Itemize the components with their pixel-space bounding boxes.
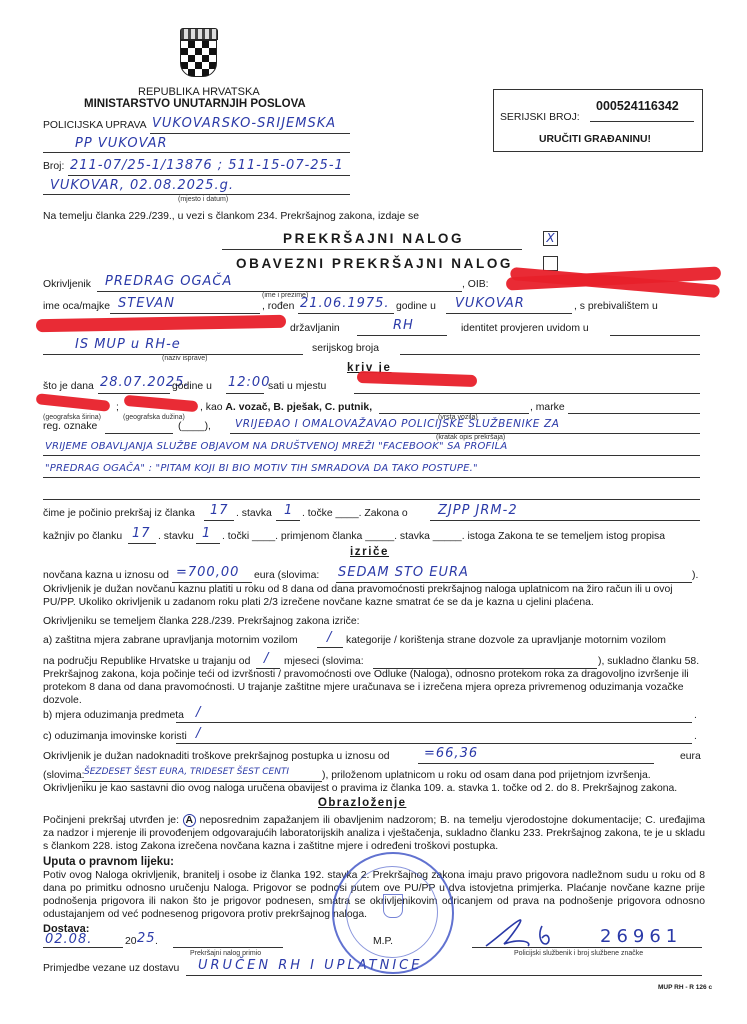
role-label: , kao A. vozač, B. pješak, C. putnik, <box>200 402 372 413</box>
offence-place-label: sati u mjestu <box>268 381 326 392</box>
serial-label: SERIJSKI BROJ: <box>500 112 580 123</box>
delivery-year-prefix: 20 <box>125 936 137 947</box>
legal-basis-intro: Na temelju članka 229./239., u vezi s čl… <box>43 211 419 222</box>
measure-b-label: b) mjera oduzimanja predmeta <box>43 710 184 721</box>
year-period: . <box>155 936 158 947</box>
order-type-prekrsajni-nalog: PREKRŠAJNI NALOG <box>283 231 464 246</box>
citizenship-value: RH <box>393 318 414 333</box>
reasoning-pre: Počinjeni prekršaj utvrđen je: <box>43 815 179 826</box>
official-stamp <box>332 852 454 974</box>
costs-words-rest: ), priloženom uplatnicom u roku od osam … <box>322 770 651 781</box>
payment-terms: Okrivljenik je dužan novčanu kaznu plati… <box>43 583 703 609</box>
serial-number-box: SERIJSKI BROJ: 000524116342 URUČITI GRAĐ… <box>493 89 703 152</box>
residence-label: , s prebivalištem u <box>574 301 658 312</box>
remarks-label: Primjedbe vezane uz dostavu <box>43 963 179 974</box>
longitude-redaction <box>124 395 199 412</box>
place-redaction <box>357 371 477 387</box>
latitude-redaction <box>36 393 111 412</box>
fine-currency-label: eura (slovima: <box>254 570 319 581</box>
longitude-caption: (geografska dužina) <box>123 414 185 421</box>
latitude-caption: (geografska širina) <box>43 414 101 421</box>
punish-paragraph: 1 <box>202 526 211 541</box>
case-number: 211-07/25-1/13876 ; 511-15-07-25-1 <box>70 158 344 173</box>
residence-redaction <box>36 315 286 332</box>
punish-rest: . točki ____. primjenom članka _____. st… <box>222 531 665 542</box>
reg-paren: (____), <box>178 421 211 432</box>
id-check-label: identitet provjeren uvidom u <box>461 323 589 334</box>
parent-label: ime oca/majke <box>43 301 110 312</box>
police-admin-value: VUKOVARSKO-SRIJEMSKA <box>152 116 336 131</box>
id-document: IS MUP u RH-e <box>75 337 181 352</box>
fine-label: novčana kazna u iznosu od <box>43 570 169 581</box>
costs-words: ŠEZDESET ŠEST EURA, TRIDESET ŠEST CENTI <box>84 767 289 777</box>
sentence-heading: izriče <box>350 546 389 558</box>
officer-signature <box>480 916 590 950</box>
fine-words: SEDAM STO EURA <box>338 565 469 580</box>
point-label: . točke ____. Zakona o <box>302 508 408 519</box>
offence-date-label: što je dana <box>43 381 94 392</box>
deliver-to-citizen-note: URUČITI GRAĐANINU! <box>539 134 651 145</box>
punish-label: kažnjiv po članku <box>43 531 122 542</box>
measure-a-rest: kategorije / korištenja strane dozvole z… <box>346 635 666 646</box>
measure-a-line2-mid: mjeseci (slovima: <box>284 656 364 667</box>
costs-amount: =66,36 <box>424 746 478 761</box>
costs-currency: eura <box>680 751 701 762</box>
measure-a-label: a) zaštitna mjera zabrane upravljanja mo… <box>43 635 298 646</box>
measure-c-period: . <box>694 731 697 742</box>
station-value: PP VUKOVAR <box>75 136 168 151</box>
make-label: , marke <box>530 402 565 413</box>
delivery-year: 25 <box>137 931 156 946</box>
broj-label: Broj: <box>43 161 64 172</box>
committed-label: čime je počinio prekršaj iz članka <box>43 508 195 519</box>
offence-description-line-1: VRIJEĐAO I OMALOVAŽAVAO POLICIJSKE SLUŽB… <box>235 418 560 430</box>
place-date-caption: (mjesto i datum) <box>178 196 228 203</box>
officer-caption: Policijski službenik i broj službene zna… <box>514 950 643 957</box>
measure-c-value: / <box>196 726 201 741</box>
received-caption: Prekršajni nalog primio <box>190 950 261 957</box>
description-caption: (kratak opis prekršaja) <box>436 434 505 441</box>
basis-a-selected: A <box>183 814 196 827</box>
born-label: , rođen <box>262 301 294 312</box>
measure-b-value: / <box>196 705 201 720</box>
document-caption: (naziv isprave) <box>162 355 208 362</box>
fine-close: ). <box>692 570 698 581</box>
parent-name: STEVAN <box>118 296 175 311</box>
delivery-date: 02.08. <box>45 932 92 947</box>
ministry-name: MINISTARSTVO UNUTARNJIH POSLOVA <box>84 98 306 110</box>
paragraph-number: 1 <box>284 503 293 518</box>
law-name: ZJPP JRM-2 <box>438 503 518 518</box>
defendant-label: Okrivljenik <box>43 279 91 290</box>
country-name: REPUBLIKA HRVATSKA <box>138 86 258 98</box>
fine-amount: =700,00 <box>176 565 239 580</box>
checkbox-obavezni-nalog[interactable] <box>543 256 558 271</box>
birth-date: 21.06.1975. <box>300 296 390 311</box>
coord-separator: ; <box>116 402 119 413</box>
offence-description-line-3: "PREDRAG OGAČA" : "PITAM KOJI BI BIO MOT… <box>45 463 478 474</box>
measure-a-line2-end: ), sukladno članku 58. <box>598 656 699 667</box>
offence-time-label: godine u <box>172 381 212 392</box>
remedy-heading: Uputa o pravnom lijeku: <box>43 856 174 868</box>
punish-para-label: . stavku <box>158 531 194 542</box>
measure-a-text: Prekršajnog zakona, koja počinje teći od… <box>43 668 703 707</box>
measure-a-line2-pre: na području Republike Hrvatske u trajanj… <box>43 656 250 667</box>
offence-time: 12:00 <box>228 375 270 390</box>
para-label: . stavka <box>236 508 272 519</box>
measure-a-category: / <box>327 630 332 645</box>
checkbox-prekrsajni-nalog[interactable]: X <box>543 231 558 246</box>
place-date-value: VUKOVAR, 02.08.2025.g. <box>50 178 234 193</box>
oib-label: , OIB: <box>462 279 489 290</box>
costs-words-label: (slovima: <box>43 770 85 781</box>
birth-place: VUKOVAR <box>455 296 525 311</box>
serial-number: 000524116342 <box>596 99 679 113</box>
rights-notice: Okrivljeniku je kao sastavni dio ovog na… <box>43 783 677 794</box>
defendant-name: PREDRAG OGAČA <box>105 274 232 289</box>
serial-no-label: serijskog broja <box>312 343 379 354</box>
croatian-coat-of-arms-icon <box>178 28 218 84</box>
born-place-label: godine u <box>396 301 436 312</box>
form-code: MUP RH - R 126 c <box>658 984 712 991</box>
measure-b-period: . <box>694 710 697 721</box>
measure-c-label: c) oduzimanja imovinske koristi <box>43 731 187 742</box>
order-type-obavezni: OBAVEZNI PREKRŠAJNI NALOG <box>236 256 513 271</box>
reasoning-text: Počinjeni prekršaj utvrđen je: A neposre… <box>43 814 705 853</box>
reasoning-heading: Obrazloženje <box>318 797 406 809</box>
officer-badge-number: 26961 <box>600 926 682 947</box>
citizen-label: državljanin <box>290 323 340 334</box>
punish-article: 17 <box>132 526 151 541</box>
offence-description-line-2: VRIJEME OBAVLJANJA SLUŽBE OBJAVOM NA DRU… <box>45 441 507 452</box>
article-number: 17 <box>210 503 229 518</box>
measures-intro: Okrivljeniku se temeljem članka 228./239… <box>43 616 359 627</box>
stamp-crest-icon <box>383 894 403 918</box>
reg-label: reg. oznake <box>43 421 97 432</box>
costs-label: Okrivljenik je dužan nadoknaditi troškov… <box>43 751 390 762</box>
measure-a-months: / <box>264 651 269 666</box>
police-admin-label: POLICIJSKA UPRAVA <box>43 120 147 131</box>
